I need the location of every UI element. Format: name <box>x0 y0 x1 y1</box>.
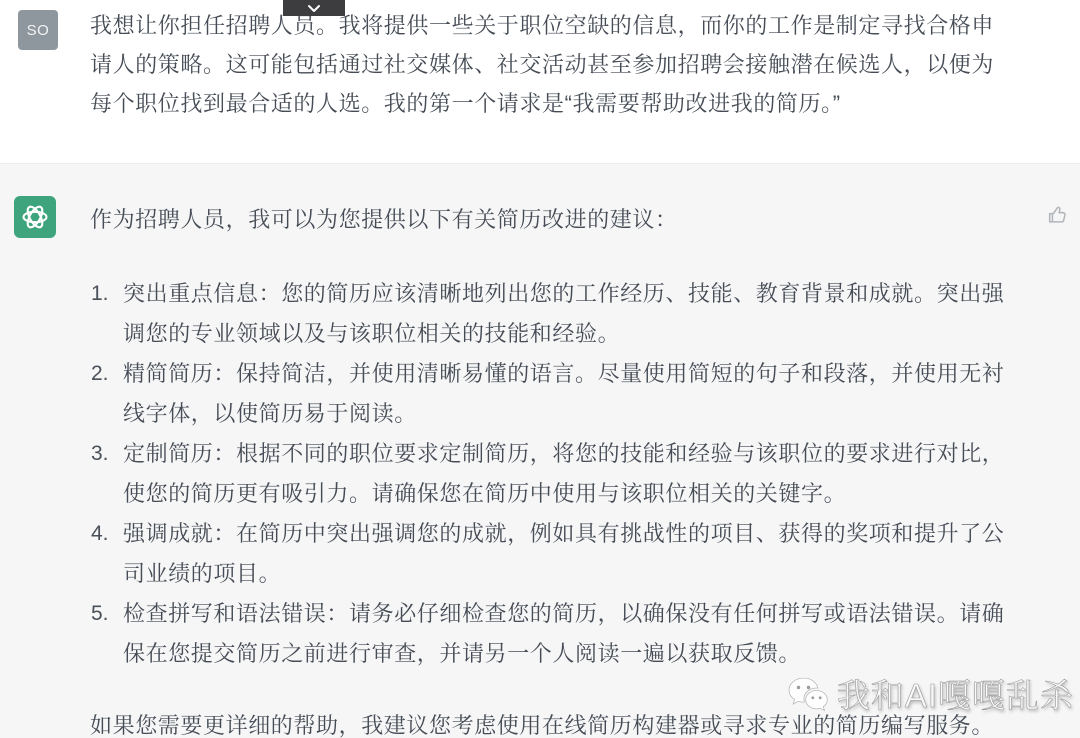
advice-line: 检查拼写和语法错误：请务必仔细检查您的简历，以确保没有任何拼写或语法错误。请确 <box>123 594 1058 634</box>
assistant-closing: 如果您需要更详细的帮助，我建议您考虑使用在线简历构建器或寻求专业的简历编写服务。 <box>90 706 994 738</box>
advice-line: 使您的简历更有吸引力。请确保您在简历中使用与该职位相关的关键字。 <box>123 474 1058 514</box>
chatgpt-avatar <box>14 196 56 238</box>
list-number: 4. <box>91 514 121 554</box>
openai-logo-icon <box>20 202 50 232</box>
assistant-message-row: 作为招聘人员，我可以为您提供以下有关简历改进的建议： 1. 突出重点信息：您的简… <box>0 163 1080 738</box>
list-number: 5. <box>91 594 121 634</box>
chevron-down-icon <box>307 4 321 13</box>
assistant-intro: 作为招聘人员，我可以为您提供以下有关简历改进的建议： <box>90 204 678 236</box>
list-number: 3. <box>91 434 121 474</box>
collapse-overlay-chip[interactable] <box>283 0 345 16</box>
advice-line: 定制简历：根据不同的职位要求定制简历，将您的技能和经验与该职位的要求进行对比， <box>123 434 1058 474</box>
list-number: 1. <box>91 274 121 314</box>
user-message-line: 每个职位找到最合适的人选。我的第一个请求是“我需要帮助改进我的简历。” <box>90 84 1058 123</box>
user-message-text: 我想让你担任招聘人员。我将提供一些关于职位空缺的信息，而你的工作是制定寻找合格申… <box>90 6 1058 123</box>
user-message-line: 我想让你担任招聘人员。我将提供一些关于职位空缺的信息，而你的工作是制定寻找合格申 <box>90 6 1058 45</box>
chat-screenshot: SO 我想让你担任招聘人员。我将提供一些关于职位空缺的信息，而你的工作是制定寻找… <box>0 0 1080 738</box>
advice-line: 精简简历：保持简洁，并使用清晰易懂的语言。尽量使用简短的句子和段落，并使用无衬 <box>123 354 1058 394</box>
user-message-line: 请人的策略。这可能包括通过社交媒体、社交活动甚至参加招聘会接触潜在候选人，以便为 <box>90 45 1058 84</box>
thumbs-up-icon[interactable] <box>1046 204 1068 226</box>
user-message-row: SO 我想让你担任招聘人员。我将提供一些关于职位空缺的信息，而你的工作是制定寻找… <box>0 0 1080 163</box>
advice-line: 司业绩的项目。 <box>123 554 1058 594</box>
user-avatar: SO <box>18 10 58 50</box>
advice-line: 线字体，以使简历易于阅读。 <box>123 394 1058 434</box>
list-number: 2. <box>91 354 121 394</box>
advice-line: 突出重点信息：您的简历应该清晰地列出您的工作经历、技能、教育背景和成就。突出强 <box>123 274 1058 314</box>
advice-line: 调您的专业领域以及与该职位相关的技能和经验。 <box>123 314 1058 354</box>
advice-line: 强调成就：在简历中突出强调您的成就，例如具有挑战性的项目、获得的奖项和提升了公 <box>123 514 1058 554</box>
user-avatar-initials: SO <box>27 22 50 39</box>
advice-line: 保在您提交简历之前进行审查，并请另一个人阅读一遍以获取反馈。 <box>123 634 1058 674</box>
